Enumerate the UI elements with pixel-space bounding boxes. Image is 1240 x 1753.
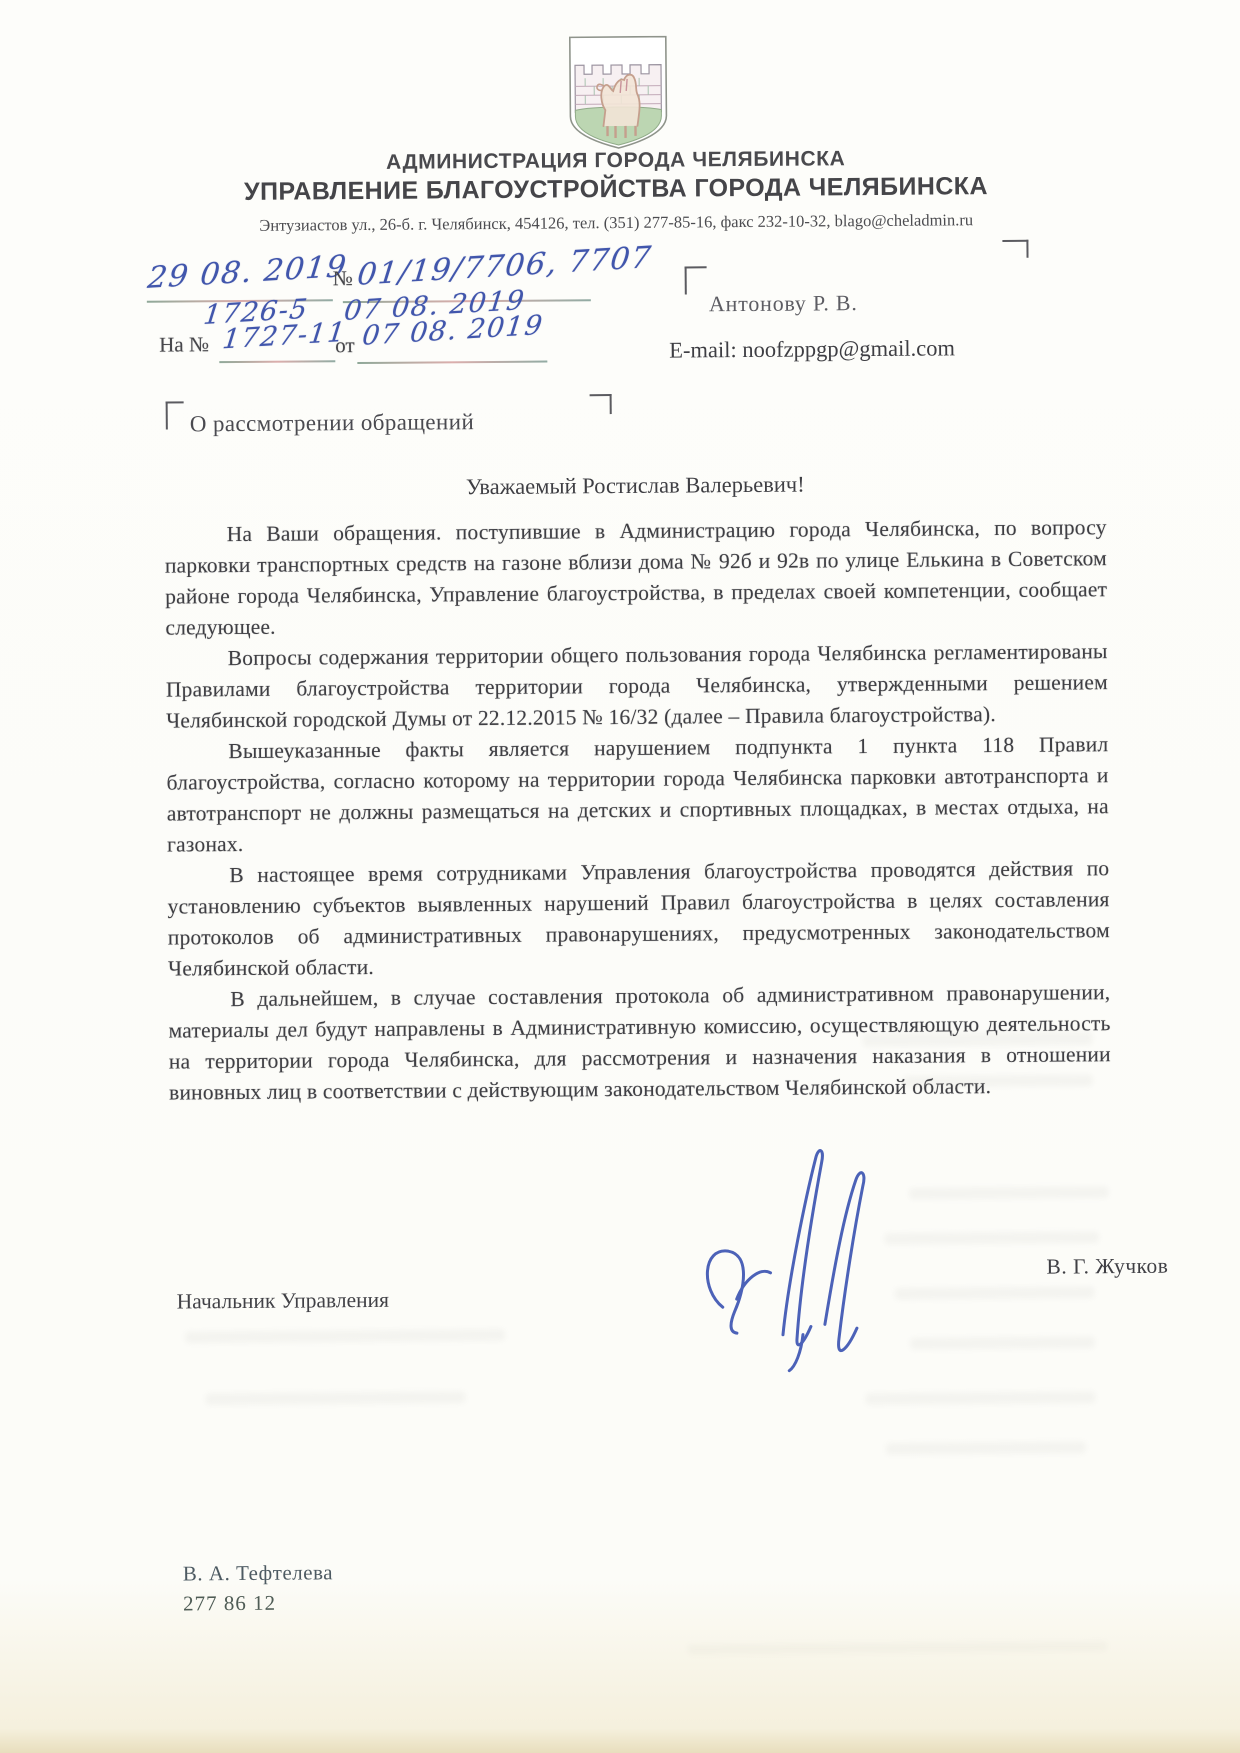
body-paragraph: На Ваши обращения. поступившие в Админис… [165, 512, 1108, 643]
letter-body: На Ваши обращения. поступившие в Админис… [165, 512, 1112, 1108]
body-paragraph: Вопросы содержания территории общего пол… [166, 636, 1109, 736]
salutation: Уважаемый Ростислав Валерьевич! [164, 469, 1106, 502]
ref-underline [219, 360, 335, 363]
executor-phone: 277 86 12 [183, 1591, 276, 1617]
scan-artifact [185, 1329, 505, 1344]
handwritten-signature [683, 1138, 925, 1375]
reply-number-handwritten: 1727-11 [221, 317, 348, 355]
recipient-corner-mark [685, 266, 707, 294]
scan-artifact [865, 1391, 1095, 1405]
scan-artifact [895, 1286, 1095, 1300]
body-paragraph: Вышеуказанные факты является нарушением … [166, 729, 1109, 860]
scan-artifact [884, 1231, 1099, 1245]
ref-underline [357, 361, 547, 364]
letterhead-address: Энтузиастов ул., 26-б. г. Челябинск, 454… [0, 208, 1236, 238]
scan-artifact [886, 1441, 1086, 1455]
chelyabinsk-coat-of-arms-icon [562, 34, 675, 153]
reply-from: от [335, 333, 355, 358]
outgoing-date-handwritten: 29 08. 2019 [146, 249, 349, 296]
outgoing-number-handwritten: 01/19/7706, 7707 [355, 240, 654, 293]
scan-artifact [910, 1336, 1095, 1349]
scan-artifact [687, 1641, 1107, 1654]
recipient-email: E-mail: noofzppgp@gmail.com [669, 335, 955, 363]
scan-artifact [903, 1074, 1093, 1087]
scan-artifact [909, 1186, 1109, 1200]
corner-mark-top-right [1002, 240, 1028, 258]
scan-artifact [205, 1391, 465, 1405]
signer-position: Начальник Управления [177, 1288, 389, 1315]
signer-name: В. Г. Жучков [1046, 1254, 1168, 1280]
executor-name: В. А. Тефтелева [183, 1560, 333, 1586]
body-paragraph: В настоящее время сотрудниками Управлени… [167, 853, 1110, 984]
scan-artifact [863, 1031, 1093, 1047]
subject-corner-left [166, 401, 184, 429]
subject-line: О рассмотрении обращений [190, 409, 475, 437]
number-sign: № [333, 266, 353, 291]
scanned-letter-page: АДМИНИСТРАЦИЯ ГОРОДА ЧЕЛЯБИНСКА УПРАВЛЕН… [0, 0, 1240, 1753]
reply-prefix: На № [159, 332, 209, 357]
recipient-name: Антонову Р. В. [709, 290, 858, 317]
subject-corner-right [590, 394, 612, 414]
scan-tilt-wrapper: АДМИНИСТРАЦИЯ ГОРОДА ЧЕЛЯБИНСКА УПРАВЛЕН… [0, 0, 1240, 1753]
